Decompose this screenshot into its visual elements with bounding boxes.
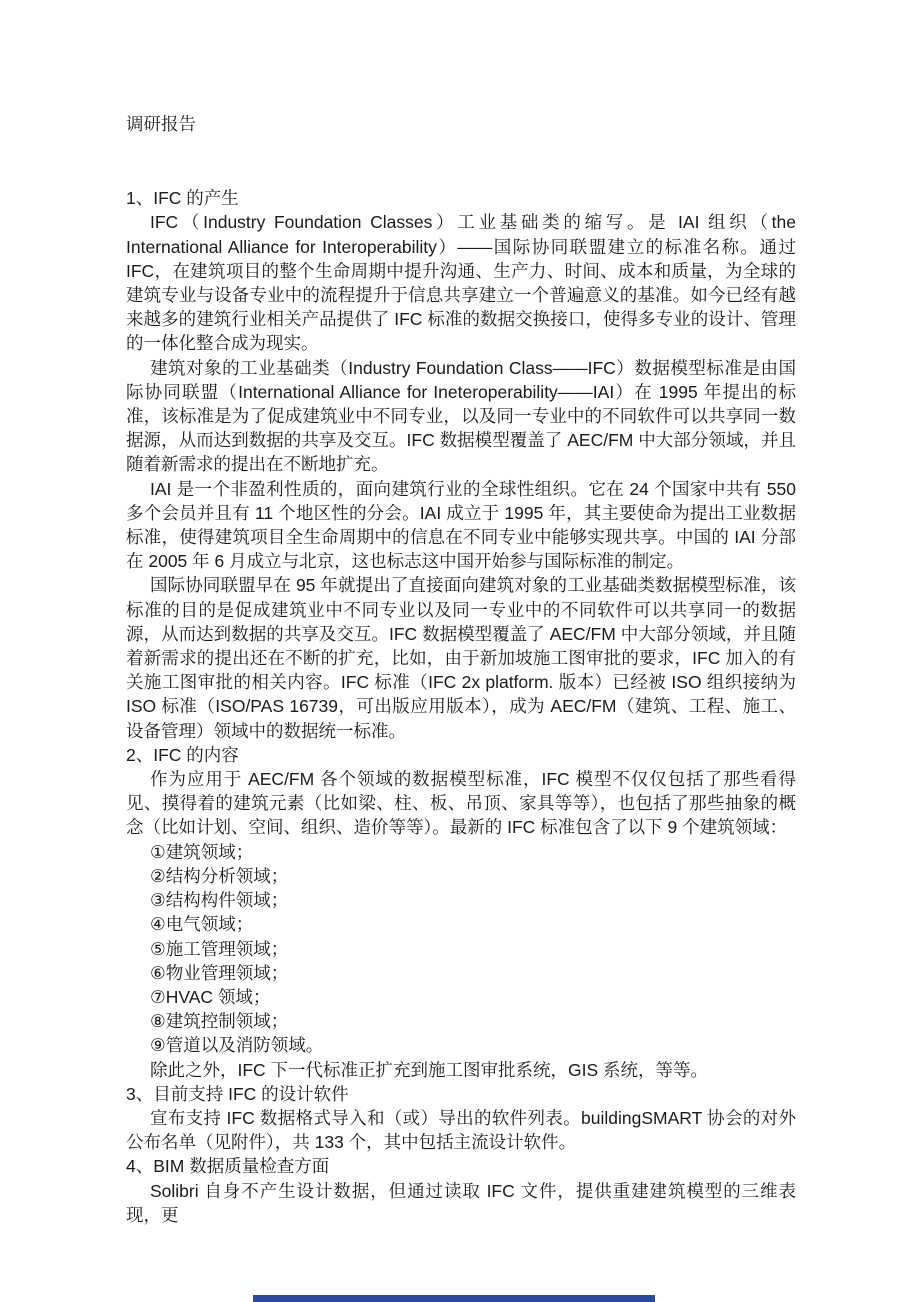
list-item: ⑥物业管理领域； [126,961,796,985]
paragraph: 除此之外，IFC 下一代标准正扩充到施工图审批系统，GIS 系统，等等。 [126,1058,796,1082]
list-item: ⑦HVAC 领域； [126,985,796,1009]
paragraph: Solibri 自身不产生设计数据，但通过读取 IFC 文件，提供重建建筑模型的… [126,1179,796,1227]
list-item: ④电气领域； [126,912,796,936]
list-item: ①建筑领域； [126,840,796,864]
section-heading: 2、IFC 的内容 [126,743,796,767]
list-item: ③结构构件领域； [126,888,796,912]
paragraph: 宣布支持 IFC 数据格式导入和（或）导出的软件列表。buildingSMART… [126,1106,796,1154]
section-heading: 4、BIM 数据质量检查方面 [126,1154,796,1178]
paragraph: IFC（Industry Foundation Classes）工业基础类的缩写… [126,210,796,355]
document-title: 调研报告 [126,112,796,136]
paragraph: 国际协同联盟早在 95 年就提出了直接面向建筑对象的工业基础类数据模型标准，该标… [126,573,796,742]
page-bottom-bar [253,1295,655,1302]
paragraph: 建筑对象的工业基础类（Industry Foundation Class——IF… [126,356,796,477]
section-heading: 1、IFC 的产生 [126,186,796,210]
list-item: ⑤施工管理领域； [126,937,796,961]
paragraph: 作为应用于 AEC/FM 各个领域的数据模型标准，IFC 模型不仅仅包括了那些看… [126,767,796,840]
document-body: 1、IFC 的产生IFC（Industry Foundation Classes… [126,186,796,1227]
list-item: ⑧建筑控制领域； [126,1009,796,1033]
document-content: 调研报告 1、IFC 的产生IFC（Industry Foundation Cl… [126,112,796,1227]
section-heading: 3、目前支持 IFC 的设计软件 [126,1082,796,1106]
list-item: ⑨管道以及消防领域。 [126,1033,796,1057]
document-page: 调研报告 1、IFC 的产生IFC（Industry Foundation Cl… [0,0,920,1302]
list-item: ②结构分析领域； [126,864,796,888]
paragraph: IAI 是一个非盈利性质的，面向建筑行业的全球性组织。它在 24 个国家中共有 … [126,477,796,574]
